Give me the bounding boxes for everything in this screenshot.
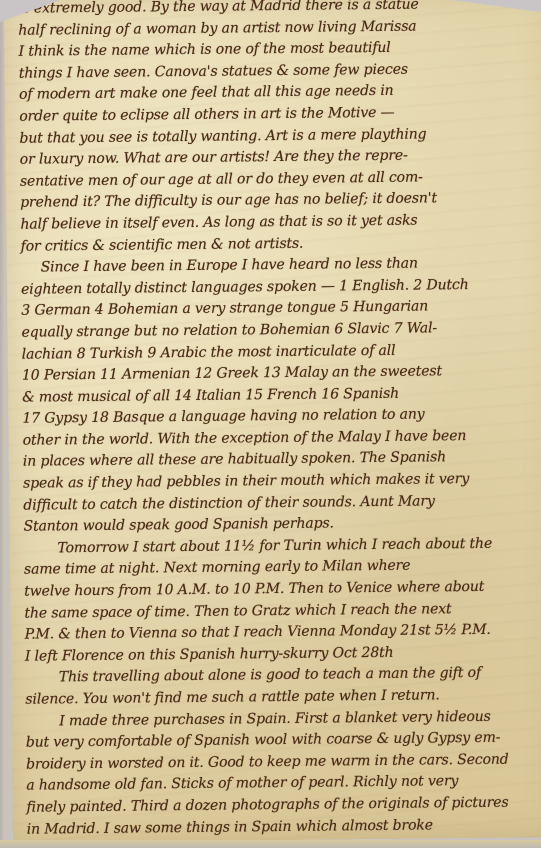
handwritten-text: is extremely good. By the way at Madrid …: [18, 0, 541, 841]
letter-paper: is extremely good. By the way at Madrid …: [4, 0, 541, 843]
scan-left-edge: [0, 0, 5, 848]
scan-bottom-edge: [0, 840, 541, 848]
text-line: in Madrid. I saw some things in Spain wh…: [27, 814, 541, 841]
letter-scan: is extremely good. By the way at Madrid …: [0, 0, 541, 848]
